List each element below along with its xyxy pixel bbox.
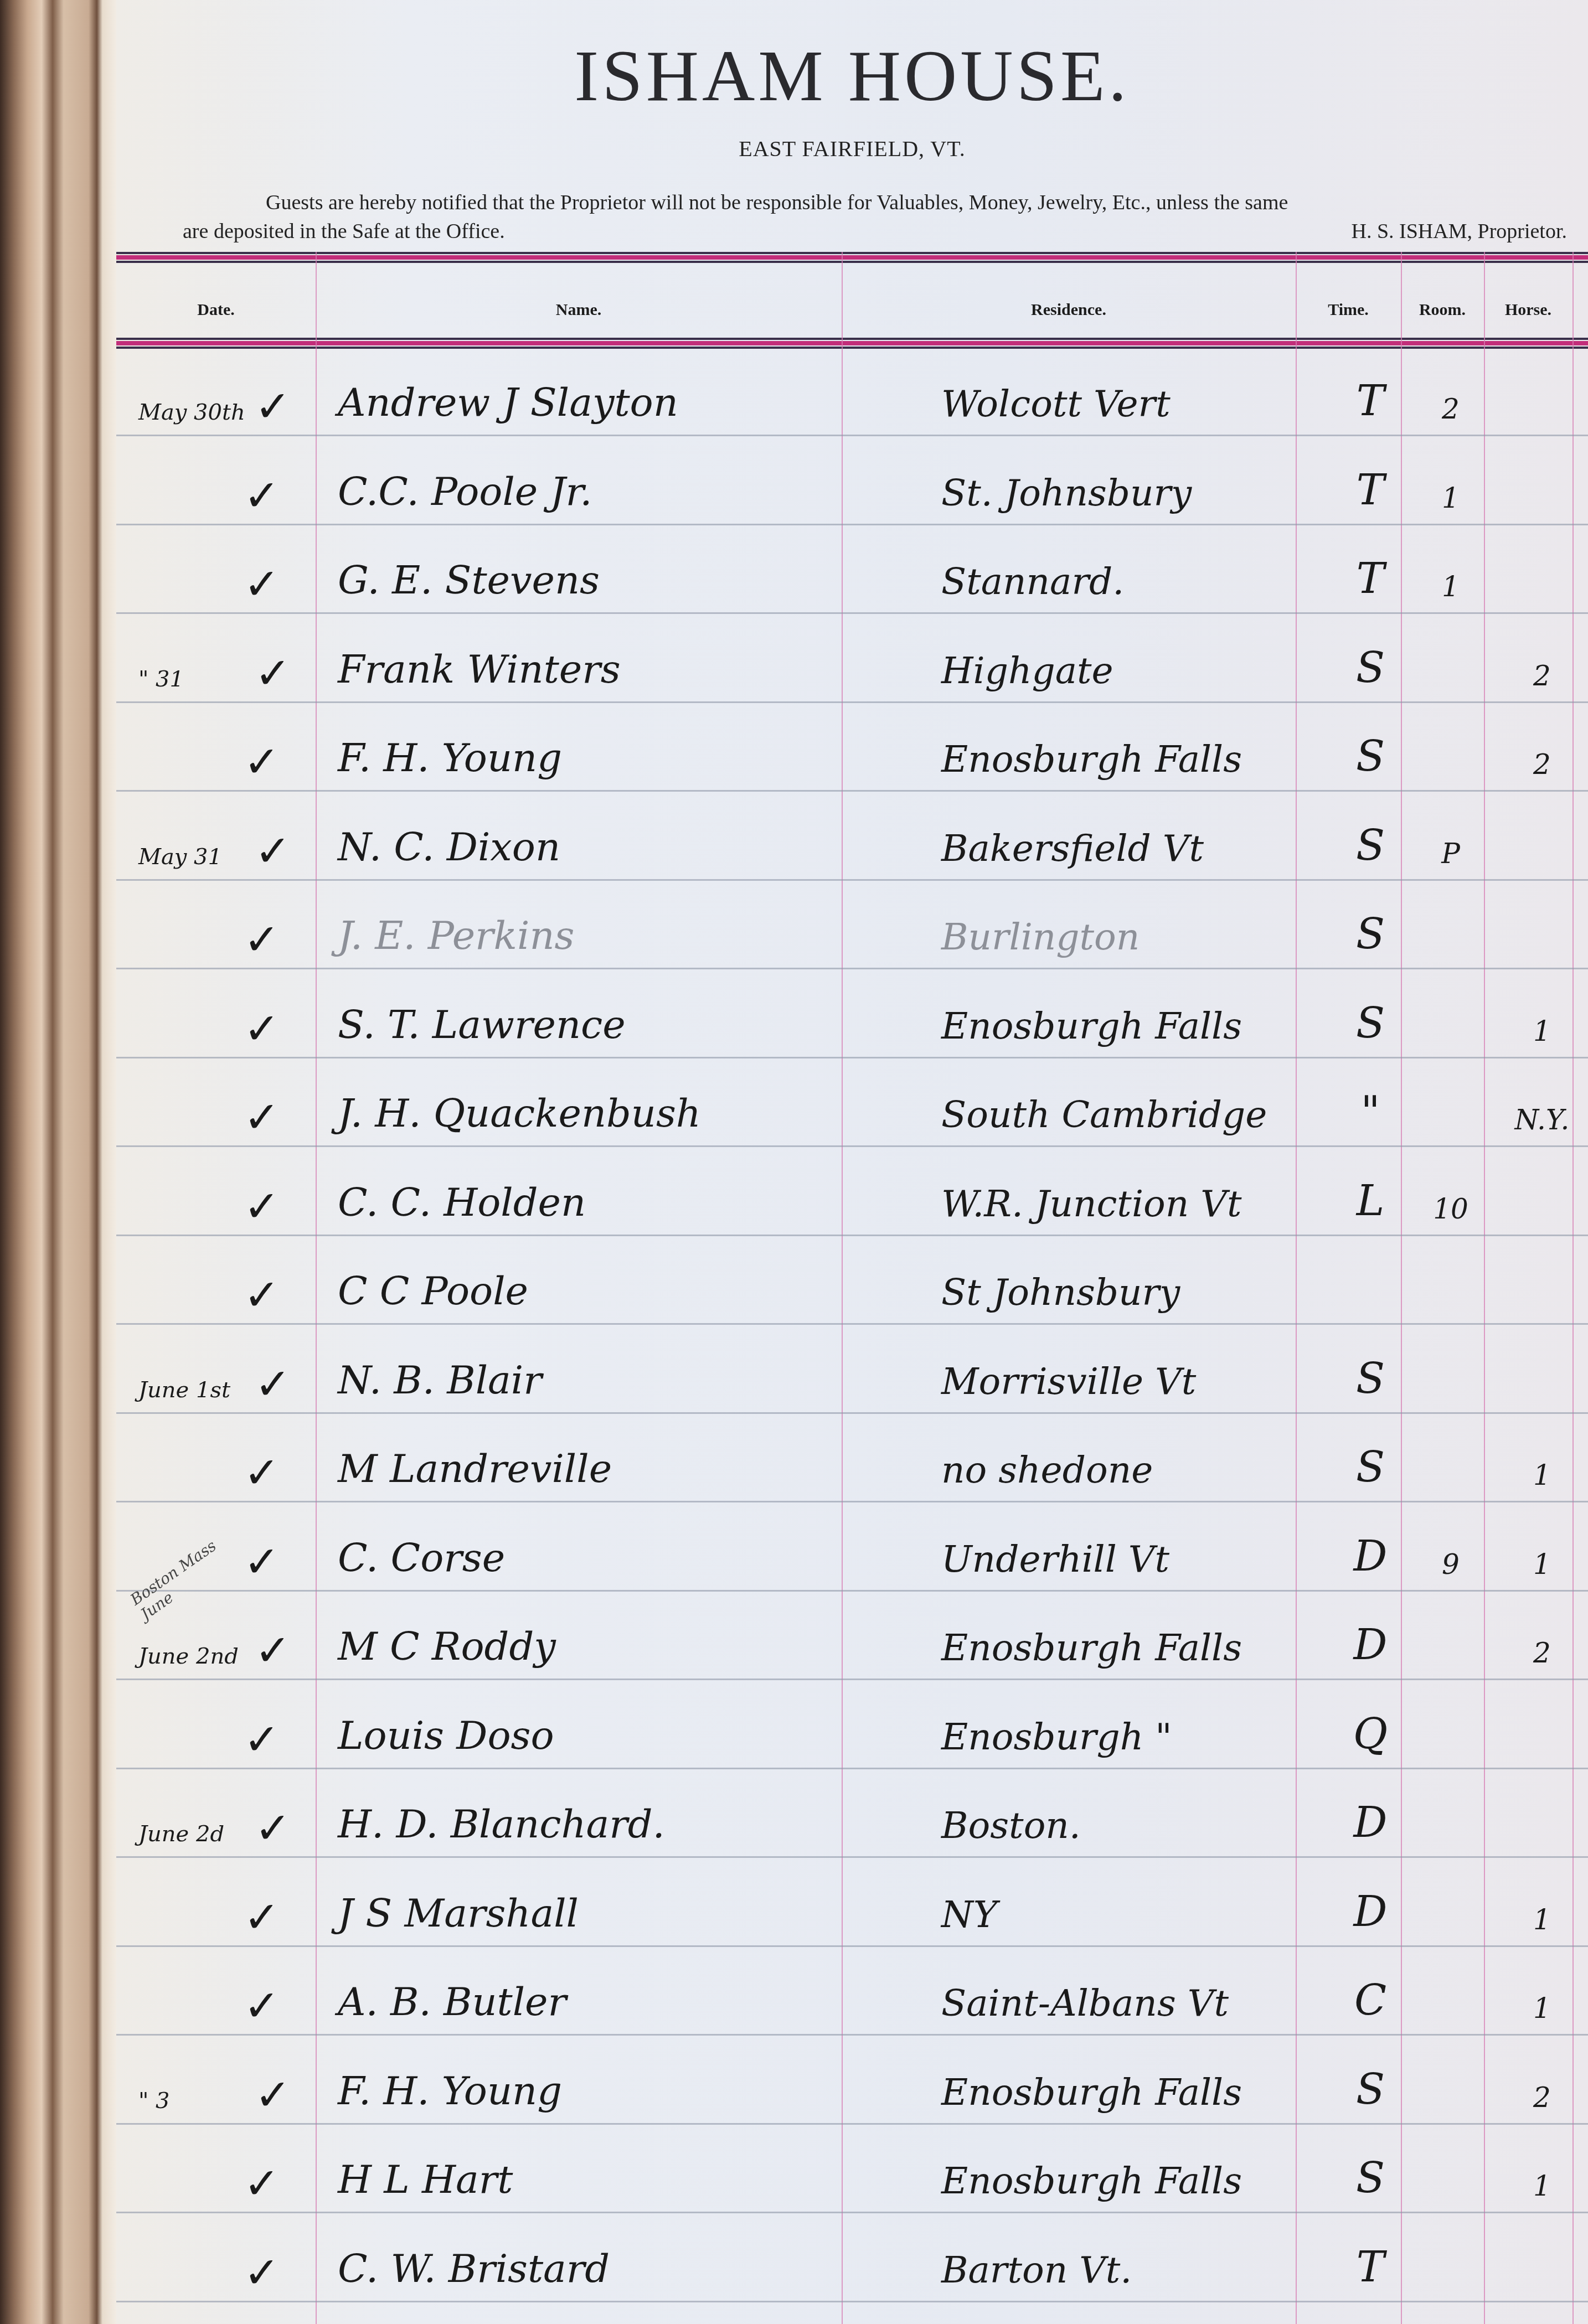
ruled-line [116, 524, 1588, 525]
register-entry-row: ✓C.C. Poole Jr.St. JohnsburyT1 [116, 455, 1588, 520]
guest-name: N. C. Dixon [338, 824, 925, 870]
guest-name: G. E. Stevens [338, 557, 925, 603]
room-number: 1 [1401, 571, 1501, 603]
horse-count: 2 [1501, 660, 1584, 692]
checkmark-icon: ✓ [255, 385, 291, 428]
column-header-horse: Horse. [1484, 288, 1572, 332]
room-number: 2 [1401, 393, 1501, 425]
page-title: ISHAM HOUSE. [116, 33, 1588, 118]
guest-name: H L Hart [338, 2157, 925, 2202]
register-entry-row: ✓J. H. QuackenbushSouth Cambridge"N.Y. [116, 1076, 1588, 1142]
arrival-time-mark: S [1296, 643, 1445, 692]
arrival-time-mark: D [1296, 1887, 1445, 1936]
checkmark-icon: ✓ [255, 1629, 291, 1672]
guest-name: J. H. Quackenbush [338, 1091, 925, 1136]
arrival-time-mark: D [1296, 1620, 1445, 1669]
guest-name: S. T. Lawrence [338, 1002, 925, 1047]
checkmark-icon: ✓ [255, 652, 291, 695]
arrival-time-mark: S [1296, 731, 1445, 781]
notice-line-1: Guests are hereby notified that the Prop… [183, 188, 1578, 217]
ruled-line [116, 612, 1588, 614]
guest-name: M Landreville [338, 1446, 925, 1491]
guest-name: C C Poole [338, 1268, 925, 1314]
arrival-time-mark: D [1296, 1798, 1445, 1847]
arrival-time-mark: " [1296, 1087, 1445, 1136]
ruled-line [116, 1501, 1588, 1502]
column-header-residence: Residence. [842, 288, 1296, 332]
guest-name: Andrew J Slayton [338, 380, 925, 425]
ruled-line [116, 701, 1588, 703]
ruled-line [116, 2123, 1588, 2125]
register-entry-row: ✓S. T. LawrenceEnosburgh FallsS1 [116, 988, 1588, 1053]
horse-count: 2 [1501, 2082, 1584, 2114]
horse-count: 1 [1501, 1015, 1584, 1047]
checkmark-icon: ✓ [244, 1274, 280, 1317]
guest-residence: St Johnsbury [941, 1271, 1406, 1314]
checkmark-icon: ✓ [244, 1185, 280, 1228]
checkmark-icon: ✓ [244, 1096, 280, 1139]
guest-name: C. Corse [338, 1535, 925, 1581]
checkmark-icon: ✓ [244, 1896, 280, 1939]
register-entry-row: May 31✓N. C. DixonBakersfield VtSP [116, 810, 1588, 875]
checkmark-icon: ✓ [244, 1452, 280, 1495]
checkmark-icon: ✓ [244, 741, 280, 784]
guest-name: C. W. Bristard [338, 2246, 925, 2291]
horse-count: 1 [1501, 1548, 1584, 1581]
proprietor-signature: H. S. ISHAM, Proprietor. [1351, 217, 1567, 246]
guest-name: F. H. Young [338, 2068, 925, 2114]
register-entry-row: ✓A. B. ButlerSaint-Albans VtC1 [116, 1965, 1588, 2030]
register-entry-row: June 2d✓H. D. Blanchard.Boston.D [116, 1787, 1588, 1852]
column-header-room: Room. [1401, 288, 1484, 332]
guest-name: C.C. Poole Jr. [338, 469, 925, 514]
ruled-line [116, 1945, 1588, 1947]
book-binding-edge [0, 0, 116, 2324]
horse-count: 1 [1501, 2170, 1584, 2202]
checkmark-icon: ✓ [255, 1807, 291, 1850]
ruled-line [116, 2301, 1588, 2302]
arrival-time-mark: S [1296, 1354, 1445, 1403]
guest-name: F. H. Young [338, 735, 925, 781]
horse-count: 1 [1501, 1459, 1584, 1491]
arrival-time-mark: S [1296, 2064, 1445, 2114]
guest-name: N. B. Blair [338, 1357, 925, 1403]
register-entry-row: ✓H L HartEnosburgh FallsS1 [116, 2142, 1588, 2208]
register-entry-row: " 31✓Frank WintersHighgateS2 [116, 632, 1588, 698]
register-entry-row: ✓C C PooleSt Johnsbury [116, 1254, 1588, 1319]
ruled-line [116, 790, 1588, 792]
register-entry-row: ✓F. H. YoungEnosburgh FallsS2 [116, 721, 1588, 786]
checkmark-icon: ✓ [255, 1363, 291, 1406]
room-number: 1 [1401, 482, 1501, 514]
column-header-time: Time. [1296, 288, 1401, 332]
register-entry-row: ✓J S MarshallNYD1 [116, 1876, 1588, 1941]
arrival-time-mark: C [1296, 1975, 1445, 2025]
horse-count: 2 [1501, 1637, 1584, 1669]
checkmark-icon: ✓ [244, 918, 280, 962]
guest-name: Louis Doso [338, 1713, 925, 1758]
ruled-line [116, 1412, 1588, 1414]
ruled-line [116, 1856, 1588, 1858]
room-number: 9 [1401, 1548, 1501, 1581]
hotel-location: EAST FAIRFIELD, VT. [116, 136, 1588, 162]
register-entry-row: June 2nd✓M C RoddyEnosburgh FallsD2 [116, 1609, 1588, 1675]
checkmark-icon: ✓ [255, 830, 291, 873]
checkmark-icon: ✓ [255, 2074, 291, 2117]
column-header-name: Name. [316, 288, 842, 332]
guest-name: H. D. Blanchard. [338, 1801, 925, 1847]
ruled-line [116, 2212, 1588, 2213]
header-bottom-rule [116, 338, 1588, 349]
guest-name: C. C. Holden [338, 1180, 925, 1225]
arrival-time-mark: S [1296, 2153, 1445, 2202]
arrival-time-mark: T [1296, 2242, 1445, 2291]
guest-name: J S Marshall [338, 1891, 925, 1936]
ruled-line [116, 1057, 1588, 1058]
checkmark-icon: ✓ [244, 1008, 280, 1051]
guest-name: Frank Winters [338, 647, 925, 692]
room-number: P [1401, 838, 1501, 870]
guest-name: A. B. Butler [338, 1979, 925, 2025]
arrival-time-mark: Q [1296, 1709, 1445, 1758]
register-entry-row: May 30th✓Andrew J SlaytonWolcott VertT2 [116, 365, 1588, 431]
register-entry-row: ✓M Landrevilleno shedoneS1 [116, 1432, 1588, 1497]
checkmark-icon: ✓ [244, 1985, 280, 2028]
arrival-time-mark: S [1296, 998, 1445, 1047]
register-page: ISHAM HOUSE. EAST FAIRFIELD, VT. Guests … [116, 0, 1588, 2324]
ruled-line [116, 2034, 1588, 2036]
arrival-time-mark: S [1296, 909, 1445, 958]
horse-count: 2 [1501, 748, 1584, 781]
ruled-line [116, 1235, 1588, 1236]
notice-line-2: are deposited in the Safe at the Office. [183, 217, 505, 246]
liability-notice: Guests are hereby notified that the Prop… [183, 188, 1578, 246]
notice-line-2-row: are deposited in the Safe at the Office.… [183, 217, 1578, 246]
horse-count: N.Y. [1501, 1104, 1584, 1136]
register-entry-row: ✓J. E. PerkinsBurlingtonS [116, 898, 1588, 964]
register-entry-row: ✓Louis DosoEnosburgh "Q [116, 1698, 1588, 1764]
checkmark-icon: ✓ [244, 1718, 280, 1762]
ruled-line [116, 968, 1588, 969]
arrival-time-mark: S [1296, 1442, 1445, 1491]
register-entry-row: ✓C. W. BristardBarton Vt.T [116, 2232, 1588, 2297]
guest-name: J. E. Perkins [338, 913, 925, 958]
ruled-line [116, 1679, 1588, 1680]
checkmark-icon: ✓ [244, 2162, 280, 2206]
ruled-line [116, 1145, 1588, 1147]
register-entry-row: ✓C. CorseUnderhill VtD91 [116, 1521, 1588, 1586]
checkmark-icon: ✓ [244, 2251, 280, 2295]
register-entry-row: " 3✓F. H. YoungEnosburgh FallsS2 [116, 2054, 1588, 2119]
guest-name: M C Roddy [338, 1624, 925, 1669]
ruled-line [116, 1768, 1588, 1769]
horse-count: 1 [1501, 1904, 1584, 1936]
ruled-line [116, 435, 1588, 436]
ruled-line [116, 1323, 1588, 1325]
horse-count: 1 [1501, 1992, 1584, 2025]
room-number: 10 [1401, 1193, 1501, 1225]
register-entry-row: June 1st✓N. B. BlairMorrisville VtS [116, 1343, 1588, 1408]
column-header-date: Date. [116, 288, 316, 332]
ruled-line [116, 1590, 1588, 1592]
ruled-line [116, 879, 1588, 881]
checkmark-icon: ✓ [244, 563, 280, 606]
checkmark-icon: ✓ [244, 474, 280, 518]
register-entry-row: ✓C. C. HoldenW.R. Junction VtL10 [116, 1165, 1588, 1231]
register-entry-row: ✓G. E. StevensStannard.T1 [116, 543, 1588, 608]
header-top-rule [116, 252, 1588, 263]
